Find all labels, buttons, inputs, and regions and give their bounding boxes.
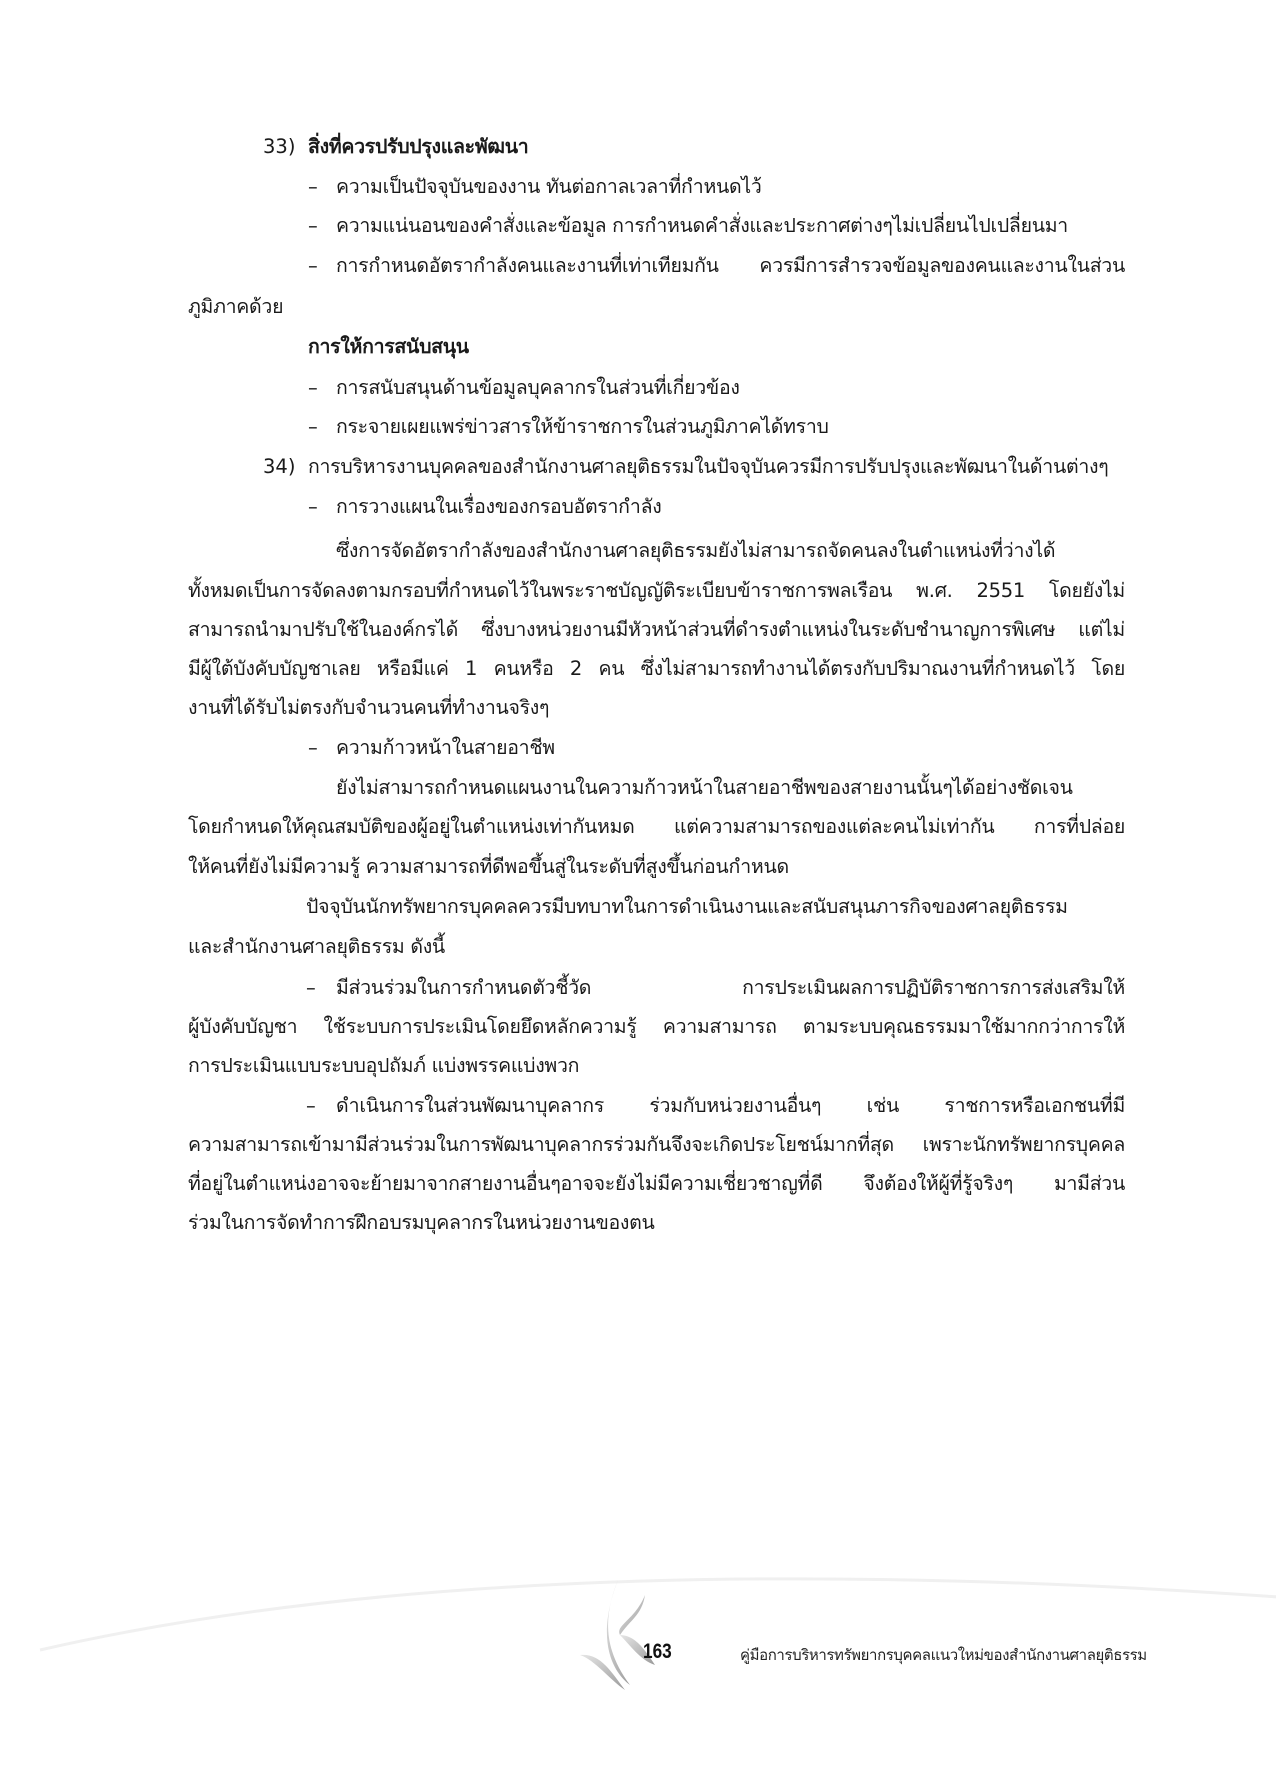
bullet-dash: – xyxy=(308,493,318,521)
paragraph-line: ดำเนินการในส่วนพัฒนาบุคลากร ร่วมกับหน่วย… xyxy=(336,1092,1125,1120)
section-number-33: 33) xyxy=(263,133,295,161)
paragraph-line: โดยกำหนดให้คุณสมบัติของผู้อยู่ในตำแหน่งเ… xyxy=(188,813,1125,841)
bullet-dash: – xyxy=(306,1092,316,1120)
paragraph-line: สามารถนำมาปรับใช้ในองค์กรได้ ซึ่งบางหน่ว… xyxy=(188,616,1125,644)
bullet-dash: – xyxy=(308,734,318,762)
paragraph-line: ปัจจุบันนักทรัพยากรบุคคลควรมีบทบาทในการด… xyxy=(306,893,1125,921)
paragraph-line: ที่อยู่ในตำแหน่งอาจจะย้ายมาจากสายงานอื่น… xyxy=(188,1170,1125,1198)
section-heading-33: สิ่งที่ควรปรับปรุงและพัฒนา xyxy=(308,133,528,161)
paragraph-line: ทั้งหมดเป็นการจัดลงตามกรอบที่กำหนดไว้ในพ… xyxy=(188,577,1125,605)
footer-title: คู่มือการบริหารทรัพยากรบุคคลแนวใหม่ของสำ… xyxy=(740,1643,1147,1667)
paragraph-line: ให้คนที่ยังไม่มีความรู้ ความสามารถที่ดีพ… xyxy=(188,853,789,881)
bullet-dash: – xyxy=(306,974,316,1002)
topic-heading: การวางแผนในเรื่องของกรอบอัตรากำลัง xyxy=(336,493,661,521)
bullet-item: ความเป็นปัจจุบันของงาน ทันต่อกาลเวลาที่ก… xyxy=(336,173,762,201)
bullet-item: ความแน่นอนของคำสั่งและข้อมูล การกำหนดคำส… xyxy=(336,212,1068,240)
bullet-dash: – xyxy=(308,374,318,402)
paragraph-line: มีส่วนร่วมในการกำหนดตัวชี้วัด การประเมิน… xyxy=(336,974,1125,1002)
document-page: 33) สิ่งที่ควรปรับปรุงและพัฒนา – ความเป็… xyxy=(0,0,1276,1789)
bullet-item: การสนับสนุนด้านข้อมูลบุคลากรในส่วนที่เกี… xyxy=(336,374,740,402)
bullet-continuation: ภูมิภาคด้วย xyxy=(188,293,283,321)
bullet-item: กระจายเผยแพร่ข่าวสารให้ข้าราชการในส่วนภู… xyxy=(336,413,829,441)
paragraph-line: และสำนักงานศาลยุติธรรม ดังนี้ xyxy=(188,933,445,961)
bullet-dash: – xyxy=(308,212,318,240)
paragraph-line: ยังไม่สามารถกำหนดแผนงานในความก้าวหน้าในส… xyxy=(336,774,1125,802)
topic-heading: ความก้าวหน้าในสายอาชีพ xyxy=(336,734,555,762)
section-heading-34: การบริหารงานบุคคลของสำนักงานศาลยุติธรรมใ… xyxy=(308,453,1108,481)
section-number-34: 34) xyxy=(263,453,295,481)
paragraph-line: การประเมินแบบระบบอุปถัมภ์ แบ่งพรรคแบ่งพว… xyxy=(188,1052,579,1080)
swirl-logo-icon xyxy=(580,1575,660,1695)
paragraph-line: ความสามารถเข้ามามีส่วนร่วมในการพัฒนาบุคล… xyxy=(188,1131,1125,1159)
paragraph-line: ซึ่งการจัดอัตรากำลังของสำนักงานศาลยุติธร… xyxy=(336,537,1125,565)
support-heading: การให้การสนับสนุน xyxy=(308,333,469,361)
bullet-item: การกำหนดอัตรากำลังคนและงานที่เท่าเทียมกั… xyxy=(336,252,1125,280)
bullet-dash: – xyxy=(308,173,318,201)
bullet-dash: – xyxy=(308,252,318,280)
paragraph-line: ร่วมในการจัดทำการฝึกอบรมบุคลากรในหน่วยงา… xyxy=(188,1209,655,1237)
paragraph-line: งานที่ได้รับไม่ตรงกับจำนวนคนที่ทำงานจริง… xyxy=(188,694,549,722)
page-number: 163 xyxy=(643,1640,672,1664)
paragraph-line: ผู้บังคับบัญชา ใช้ระบบการประเมินโดยยึดหล… xyxy=(188,1013,1125,1041)
bullet-dash: – xyxy=(308,413,318,441)
paragraph-line: มีผู้ใต้บังคับบัญชาเลย หรือมีแค่ 1 คนหรื… xyxy=(188,655,1125,683)
